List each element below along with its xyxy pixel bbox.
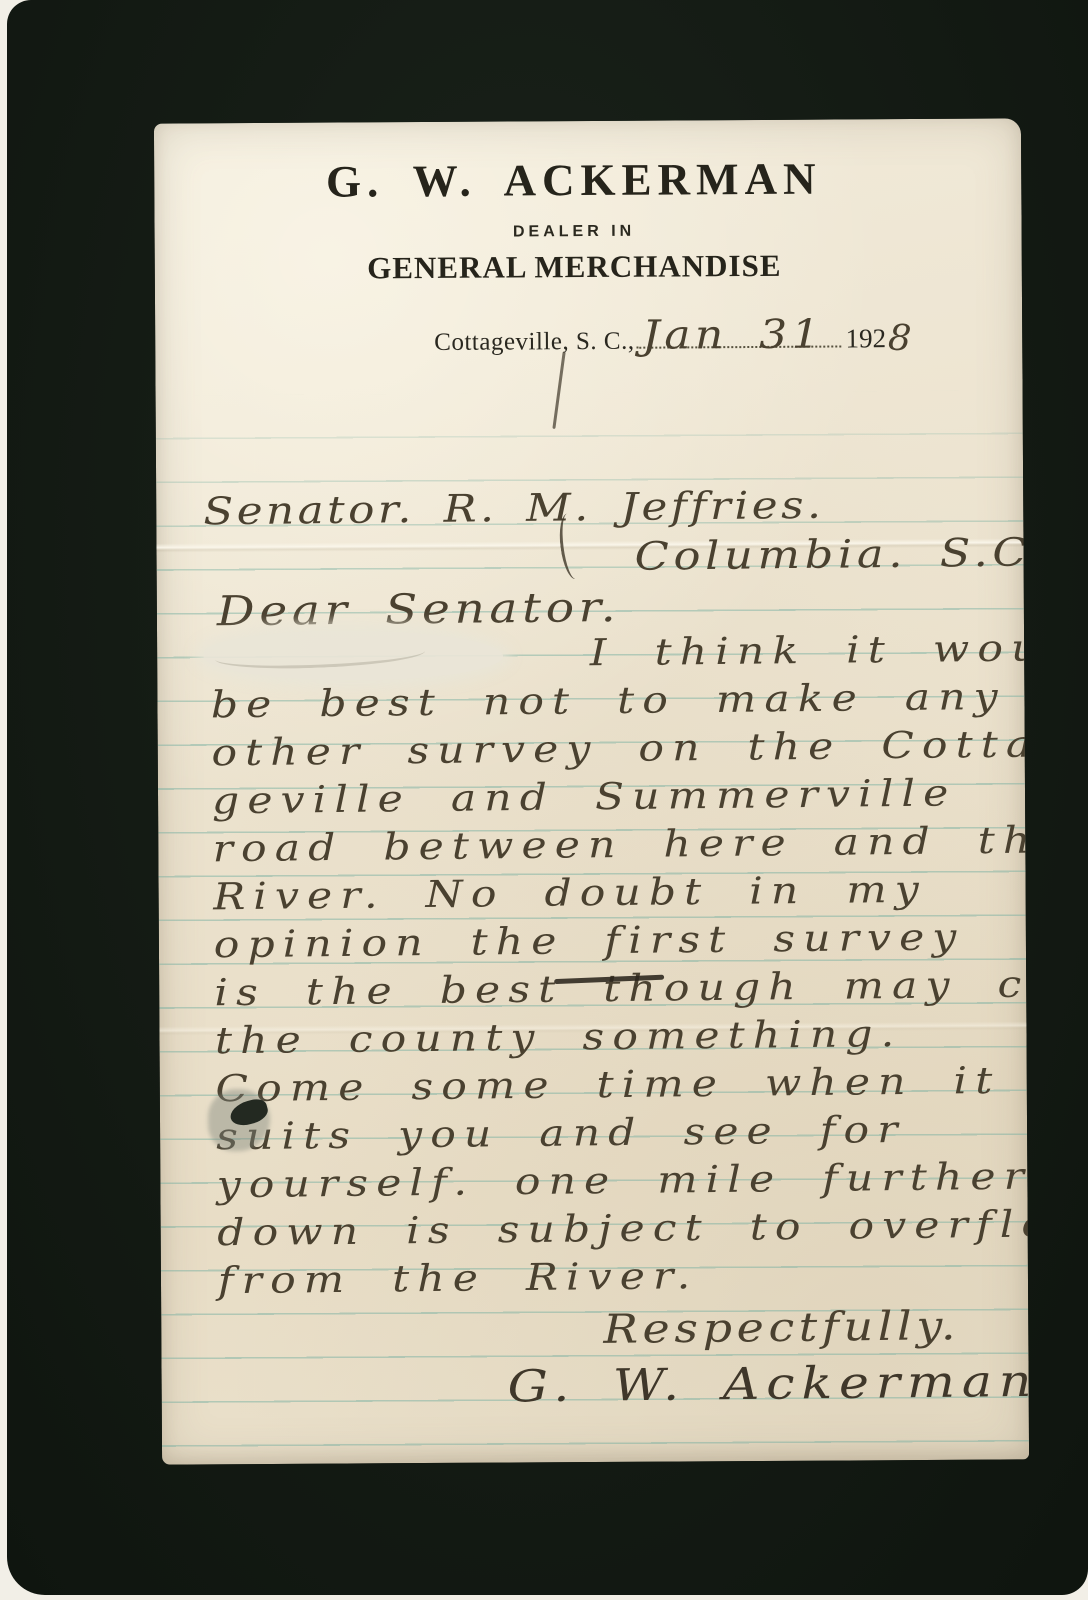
letterhead-business-line: GENERAL MERCHANDISE [154, 246, 1008, 287]
letterhead-dealer-line: DEALER IN [154, 220, 1008, 243]
signature-line: G. W. Ackerman. [507, 1356, 1029, 1413]
closing-line: Respectfully. [603, 1303, 960, 1353]
letterhead-name: G. W. ACKERMAN [154, 151, 1008, 208]
letterhead-date-line: Cottageville, S. C., Jan 31 192 8 [434, 315, 915, 359]
handwritten-year-digit: 8 [887, 317, 916, 360]
salutation-line: Dear Senator. [217, 583, 621, 635]
letterhead-place: Cottageville, S. C., [434, 328, 634, 357]
handwritten-line: road between here and the [212, 816, 1029, 874]
handwritten-line: suits you and see for [216, 1104, 1029, 1162]
handwritten-line: yourself. one mile further [216, 1152, 1029, 1210]
letter-paper: G. W. ACKERMAN DEALER IN GENERAL MERCHAN… [154, 118, 1029, 1464]
handwritten-line: Come some time when it [215, 1056, 1029, 1114]
handwritten-line: be best not to make any [211, 672, 1030, 730]
handwritten-line: from the River. [218, 1248, 1030, 1306]
recipient-name-line: Senator. R. M. Jeffries. [203, 483, 825, 534]
handwritten-line: I think it would [210, 624, 1029, 682]
printed-year: 192 [845, 323, 886, 354]
handwritten-date: Jan 31 [642, 312, 824, 359]
handwritten-line: River. No doubt in my [213, 864, 1029, 922]
letter-body: I think it would be best not to make any… [210, 624, 1029, 1306]
handwritten-line: is the best though may cost [214, 960, 1029, 1018]
handwritten-line: geville and Summerville [212, 768, 1029, 826]
handwritten-line: the county something. [215, 1008, 1029, 1066]
recipient-city-line: Columbia. S.C. [634, 530, 1029, 579]
handwritten-line: opinion the first survey [213, 912, 1029, 970]
handwritten-line: down is subject to overflow [217, 1200, 1029, 1258]
date-blank-line: Jan 31 [636, 317, 841, 348]
scanned-letter-photo: G. W. ACKERMAN DEALER IN GENERAL MERCHAN… [0, 0, 1088, 1600]
handwritten-line: other survey on the Cotta- [211, 720, 1029, 778]
